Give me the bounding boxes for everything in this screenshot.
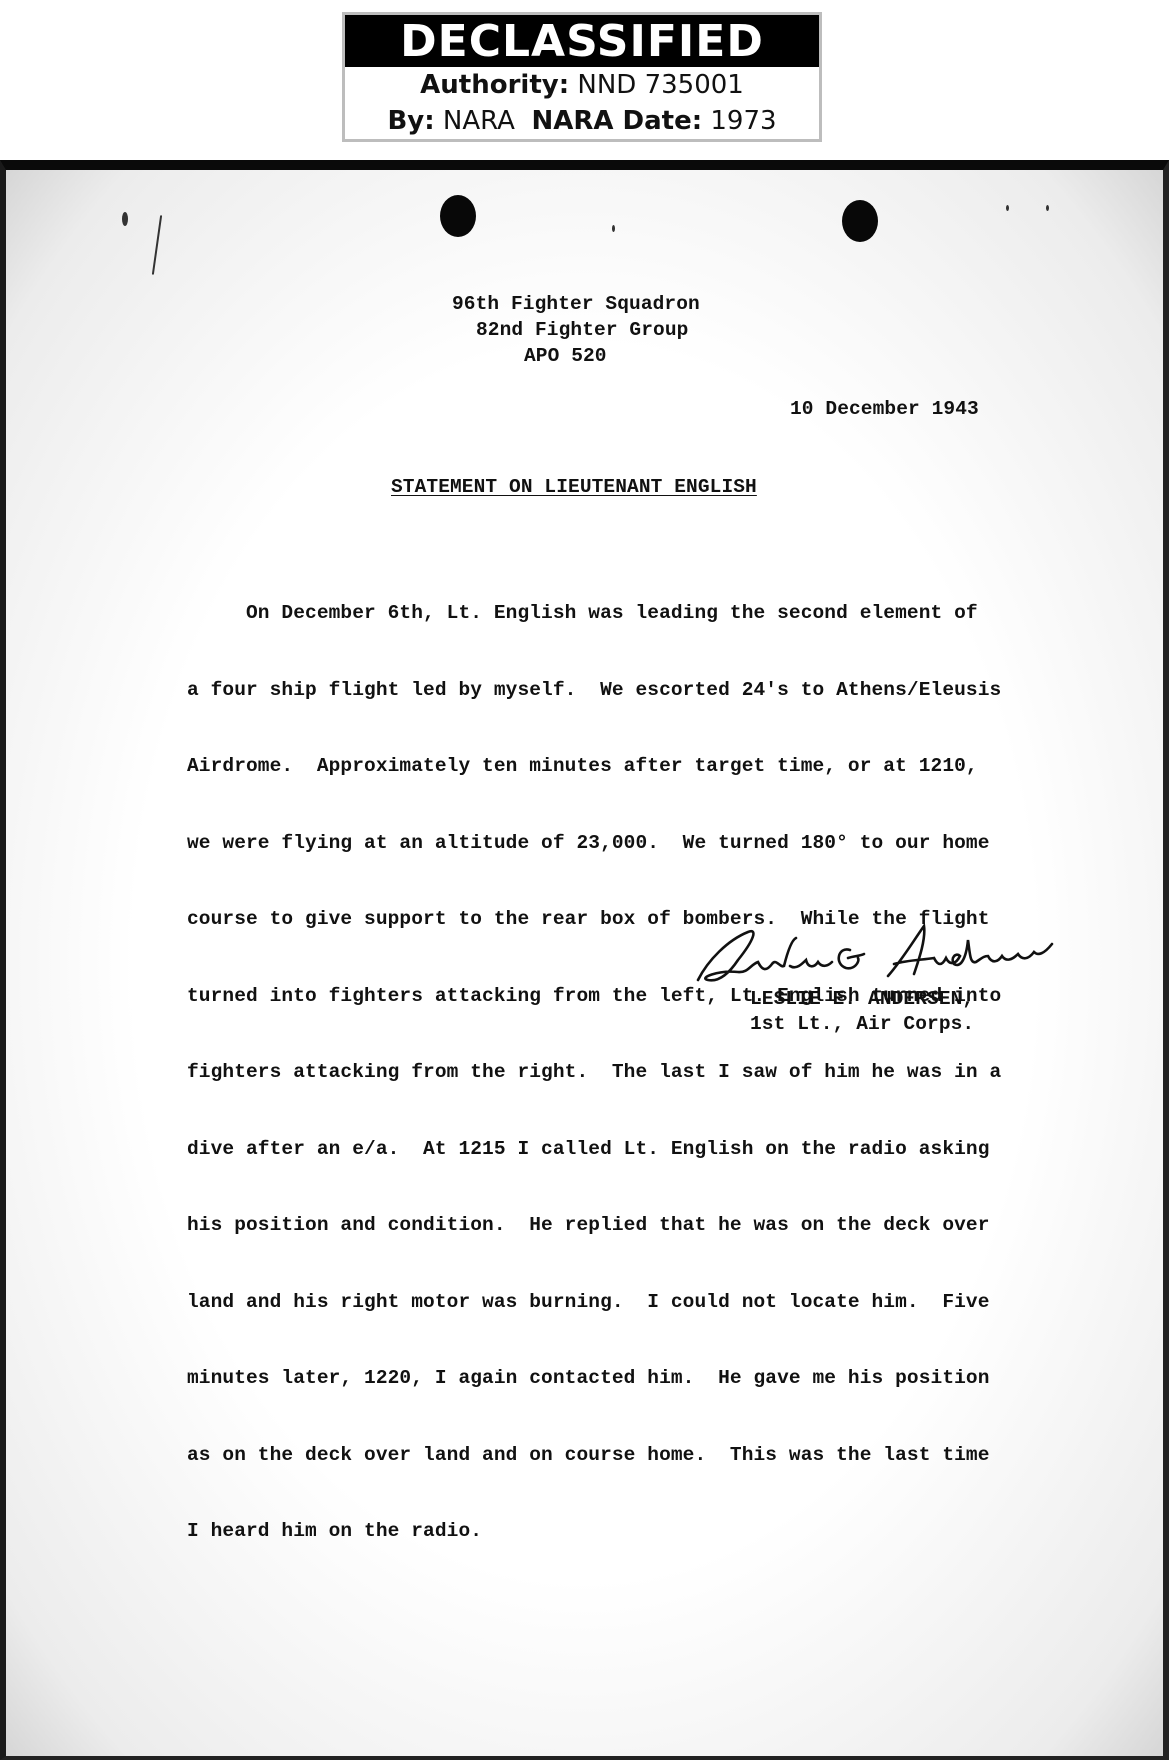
signature-scribble-icon bbox=[688, 920, 1068, 990]
letterhead-line-2: 82nd Fighter Group bbox=[476, 318, 688, 344]
nara-date-value: 1973 bbox=[710, 106, 776, 136]
speck bbox=[1006, 205, 1009, 211]
speck bbox=[122, 212, 128, 226]
body-line: Airdrome. Approximately ten minutes afte… bbox=[187, 754, 1001, 780]
body-line: we were flying at an altitude of 23,000.… bbox=[187, 831, 1001, 857]
signer-name: LESLIE E. ANDERSEN, bbox=[750, 987, 974, 1013]
body-line: his position and condition. He replied t… bbox=[187, 1213, 1001, 1239]
by-value: NARA bbox=[443, 106, 515, 136]
speck bbox=[612, 225, 615, 232]
stamp-title: DECLASSIFIED bbox=[345, 15, 819, 67]
body-line: fighters attacking from the right. The l… bbox=[187, 1060, 1001, 1086]
body-line: as on the deck over land and on course h… bbox=[187, 1443, 1001, 1469]
body-line: minutes later, 1220, I again contacted h… bbox=[187, 1366, 1001, 1392]
body-line: land and his right motor was burning. I … bbox=[187, 1290, 1001, 1316]
document-title: STATEMENT ON LIEUTENANT ENGLISH bbox=[391, 475, 757, 501]
by-label: By: bbox=[387, 106, 434, 136]
body-line: On December 6th, Lt. English was leading… bbox=[187, 601, 1001, 627]
signer-rank: 1st Lt., Air Corps. bbox=[750, 1012, 974, 1038]
letterhead-line-3: APO 520 bbox=[524, 344, 607, 370]
statement-body: On December 6th, Lt. English was leading… bbox=[187, 550, 1001, 1570]
punch-hole-right bbox=[842, 200, 878, 242]
stamp-authority: Authority: NND 735001 bbox=[345, 67, 819, 103]
nara-date-label: NARA Date: bbox=[531, 106, 702, 136]
stamp-by-date: By: NARA NARA Date: 1973 bbox=[345, 103, 819, 139]
letterhead-line-1: 96th Fighter Squadron bbox=[452, 292, 700, 318]
declassified-stamp: DECLASSIFIED Authority: NND 735001 By: N… bbox=[342, 12, 822, 142]
speck bbox=[1046, 205, 1049, 211]
body-line: I heard him on the radio. bbox=[187, 1519, 1001, 1545]
scratch bbox=[152, 215, 162, 275]
body-line: dive after an e/a. At 1215 I called Lt. … bbox=[187, 1137, 1001, 1163]
punch-hole-left bbox=[440, 195, 476, 237]
handwritten-signature bbox=[688, 920, 1068, 990]
authority-label: Authority: bbox=[420, 70, 569, 100]
document-date: 10 December 1943 bbox=[790, 397, 979, 423]
authority-value: NND 735001 bbox=[577, 70, 743, 100]
body-line: a four ship flight led by myself. We esc… bbox=[187, 678, 1001, 704]
